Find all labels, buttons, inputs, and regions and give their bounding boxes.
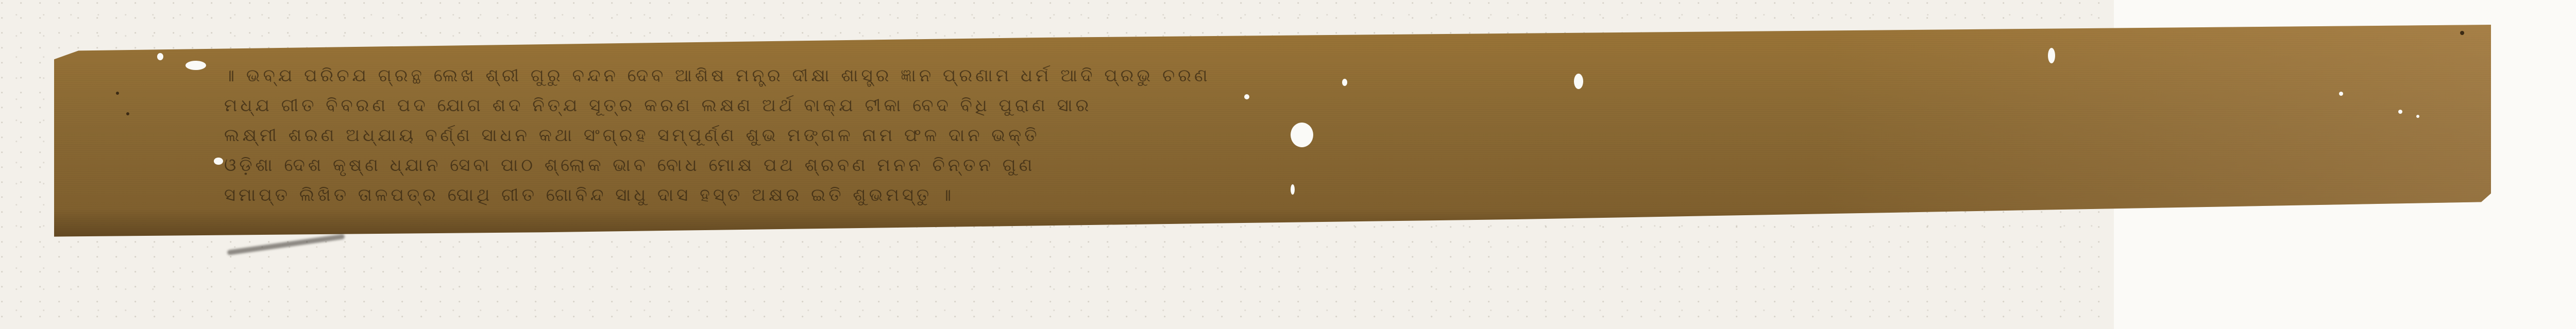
script-line: ଓଡ଼ିଶା ଦେଶ କୃଷ୍ଣ ଧ୍ଯାନ ସେବା ପାଠ ଶ୍ଲୋକ ଭା… xyxy=(224,150,2357,180)
insect-hole xyxy=(1574,74,1583,89)
insect-hole xyxy=(2416,115,2419,118)
insect-hole xyxy=(2048,48,2055,63)
insect-hole xyxy=(1244,94,1249,99)
insect-hole xyxy=(2398,110,2402,114)
insect-hole xyxy=(214,158,223,165)
insect-hole xyxy=(1291,184,1295,195)
stain-dot xyxy=(126,112,129,115)
insect-hole xyxy=(185,61,206,70)
script-line: ସମାପ୍ତ ଲିଖିତ ତାଳପତ୍ର ପୋଥି ଗୀତ ଗୋବିନ୍ଦ ସା… xyxy=(224,180,2357,210)
insect-hole xyxy=(157,53,163,60)
string-hole xyxy=(1291,123,1313,147)
insect-hole xyxy=(1342,79,1347,86)
stain-dot xyxy=(2460,31,2464,35)
script-line: ॥ ଭବ୍ଯ ପରିଚଯ ଗ୍ରନ୍ଥ ଲେଖ ଶ୍ରୀ ଗୁରୁ ବନ୍ଦନ … xyxy=(224,61,2357,91)
stain-dot xyxy=(116,92,119,95)
script-line: ମଧ୍ଯ ଗୀତ ବିବରଣ ପଦ ଯୋଗ ଶଦ ନିତ୍ଯ ସୂତ୍ର କରଣ… xyxy=(224,91,2357,120)
insect-hole xyxy=(2339,92,2343,96)
